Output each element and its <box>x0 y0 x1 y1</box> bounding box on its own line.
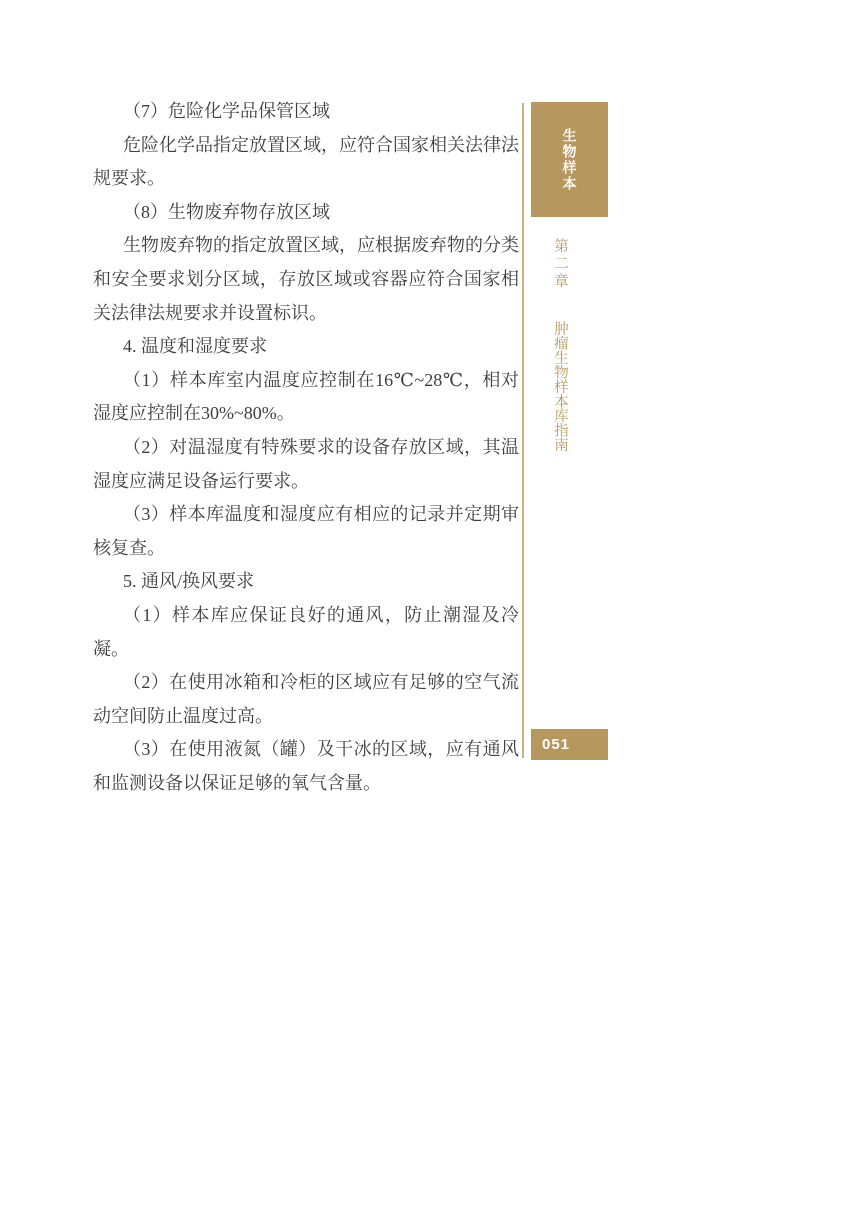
book-page: （7）危险化学品保管区域 危险化学品指定放置区域，应符合国家相关法律法规要求。 … <box>0 0 867 1218</box>
chapter-heading: 第二章 肿瘤生物样本库指南 <box>552 238 567 451</box>
paragraph-item-8-heading: （8）生物废弃物存放区域 <box>93 196 519 230</box>
paragraph: （2）对温湿度有特殊要求的设备存放区域，其温湿度应满足设备运行要求。 <box>93 431 519 498</box>
chapter-number: 第二章 <box>552 238 568 291</box>
paragraph: （1）样本库室内温度应控制在16℃~28℃，相对湿度应控制在30%~80%。 <box>93 364 519 431</box>
paragraph: （3）在使用液氮（罐）及干冰的区域，应有通风和监测设备以保证足够的氧气含量。 <box>93 733 519 800</box>
paragraph-item-7-heading: （7）危险化学品保管区域 <box>93 95 519 129</box>
section-tab: 生物样本 <box>531 102 608 217</box>
section-tab-label: 生物样本 <box>560 128 580 192</box>
paragraph: （2）在使用冰箱和冷柜的区域应有足够的空气流动空间防止温度过高。 <box>93 666 519 733</box>
paragraph: 生物废弃物的指定放置区域，应根据废弃物的分类和安全要求划分区域，存放区域或容器应… <box>93 229 519 330</box>
paragraph: （3）样本库温度和湿度应有相应的记录并定期审核复查。 <box>93 498 519 565</box>
paragraph: （1）样本库应保证良好的通风，防止潮湿及冷凝。 <box>93 599 519 666</box>
paragraph: 危险化学品指定放置区域，应符合国家相关法律法规要求。 <box>93 129 519 196</box>
page-number: 051 <box>542 736 570 753</box>
page-number-badge: 051 <box>531 729 608 760</box>
chapter-title: 肿瘤生物样本库指南 <box>552 321 568 452</box>
main-text-column: （7）危险化学品保管区域 危险化学品指定放置区域，应符合国家相关法律法规要求。 … <box>93 95 519 800</box>
paragraph-section-4-heading: 4. 温度和湿度要求 <box>93 330 519 364</box>
paragraph-section-5-heading: 5. 通风/换风要求 <box>93 565 519 599</box>
sidebar-divider-rule <box>522 103 524 758</box>
